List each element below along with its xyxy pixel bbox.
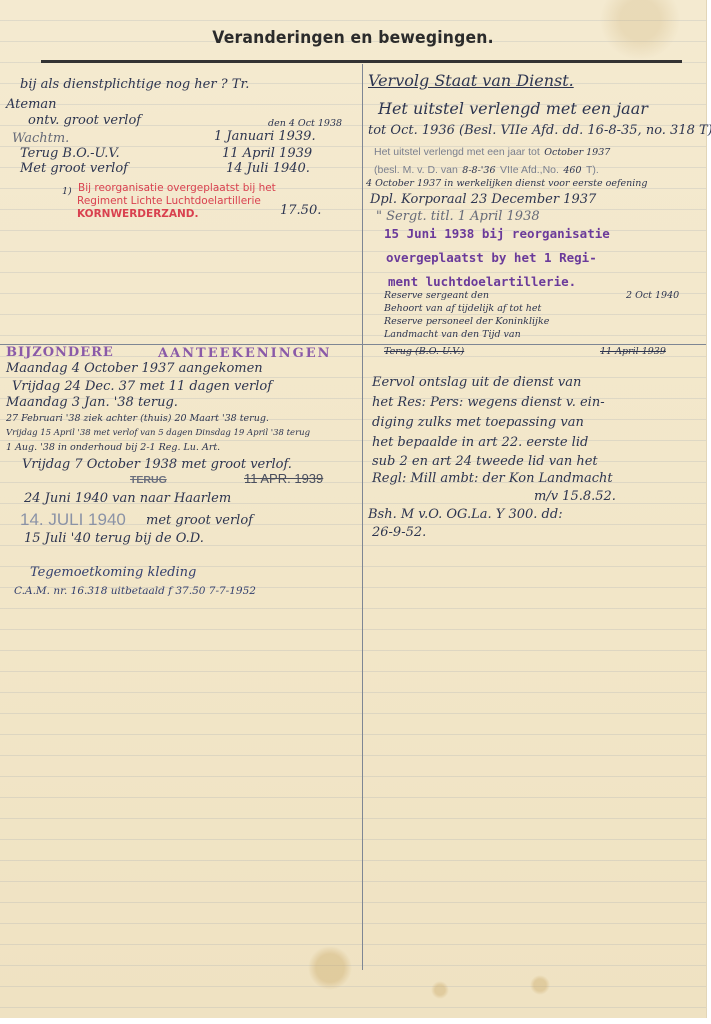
handwritten-line: Maandag 3 Jan. '38 terug. bbox=[6, 396, 178, 410]
handwritten-line: Reserve personeel der Koninklijke bbox=[384, 316, 549, 327]
handwritten-date: 1 Januari 1939. bbox=[214, 130, 316, 144]
red-stamp-line: Regiment Lichte Luchtdoelartillerie bbox=[77, 195, 261, 207]
handwritten-line: Terug B.O.-U.V. bbox=[20, 147, 120, 161]
handwritten-date: 14 Juli 1940. bbox=[226, 162, 310, 176]
title-rule bbox=[41, 60, 682, 63]
handwritten-line: 1 Aug. '38 in onderhoud bij 2-1 Reg. Lu.… bbox=[6, 442, 220, 453]
struck-date-stamp: 11 APR. 1939 bbox=[244, 471, 323, 486]
handwritten-line: met groot verlof bbox=[146, 514, 253, 528]
purple-stamp-line: 15 Juni 1938 bij reorganisatie bbox=[384, 226, 610, 241]
handwritten-line: 26-9-52. bbox=[372, 526, 426, 540]
handwritten-line: tot Oct. 1936 (Besl. VIIe Afd. dd. 16-8-… bbox=[368, 124, 711, 138]
handwritten-line: Tegemoetkoming kleding bbox=[30, 566, 196, 580]
handwritten-line: Vrijdag 7 October 1938 met groot verlof. bbox=[22, 458, 292, 472]
handwritten-line: Vrijdag 24 Dec. 37 met 11 dagen verlof bbox=[12, 380, 272, 394]
handwritten-line: m/v 15.8.52. bbox=[534, 490, 616, 504]
handwritten-line: diging zulks met toepassing van bbox=[372, 416, 584, 430]
section-heading: Vervolg Staat van Dienst. bbox=[368, 72, 574, 90]
handwritten-line: het bepaalde in art 22. eerste lid bbox=[372, 436, 588, 450]
handwritten-line: Landmacht van den Tijd van bbox=[384, 329, 521, 340]
handwritten-line: Eervol ontslag uit de dienst van bbox=[372, 376, 581, 390]
purple-stamp-line: ment luchtdoelartillerie. bbox=[388, 274, 576, 289]
handwritten-line: Maandag 4 October 1937 aangekomen bbox=[6, 362, 263, 376]
handwritten-line: het Res: Pers: wegens dienst v. ein- bbox=[372, 396, 605, 410]
handwritten-line: C.A.M. nr. 16.318 uitbetaald f 37.50 7-7… bbox=[14, 586, 256, 597]
handwritten-line: Ateman bbox=[6, 98, 57, 112]
handwritten-line: " Sergt. titl. 1 April 1938 bbox=[376, 210, 540, 224]
document-page: Veranderingen en bewegingen. bij als die… bbox=[0, 0, 707, 1018]
handwritten-line: Behoort van af tijdelijk af tot het bbox=[384, 303, 541, 314]
stamp-note: 17.50. bbox=[280, 204, 321, 218]
handwritten-line: sub 2 en art 24 tweede lid van het bbox=[372, 455, 598, 469]
handwritten-date: 2 Oct 1940 bbox=[626, 290, 679, 301]
handwritten-line: 24 Juni 1940 van naar Haarlem bbox=[24, 492, 231, 506]
handwritten-line: Wachtm. bbox=[12, 132, 69, 146]
handwritten-line: Bsh. M v.O. OG.La. Y 300. dd: bbox=[368, 508, 563, 522]
notes-header-1: BIJZONDERE bbox=[6, 345, 114, 360]
printed-line: (besl. M. v. D. van 8-8-'36 VIIe Afd.,No… bbox=[374, 160, 599, 178]
handwritten-line: Het uitstel verlengd met een jaar bbox=[378, 100, 648, 118]
handwritten-date: den 4 Oct 1938 bbox=[268, 118, 342, 129]
handwritten-line: 27 Februari '38 ziek achter (thuis) 20 M… bbox=[6, 413, 269, 424]
handwritten-date: 11 April 1939 bbox=[222, 147, 312, 161]
notes-header-2: AANTEEKENINGEN bbox=[158, 346, 332, 361]
red-stamp-line: Bij reorganisatie overgeplaatst bij het bbox=[78, 182, 276, 194]
handwritten-line: Regl: Mill ambt: der Kon Landmacht bbox=[372, 472, 613, 486]
struck-terug-stamp: TERUG bbox=[130, 474, 167, 486]
struck-line: Terug (B.O.-U.V.) bbox=[384, 346, 464, 357]
page-title: Veranderingen en bewegingen. bbox=[28, 28, 678, 48]
handwritten-line: ontv. groot verlof bbox=[28, 114, 141, 128]
struck-date: 11 April 1939 bbox=[600, 346, 666, 357]
printed-line: Het uitstel verlengd met een jaar tot Oc… bbox=[374, 142, 610, 160]
column-divider bbox=[362, 64, 363, 970]
purple-stamp-line: overgeplaatst by het 1 Regi- bbox=[386, 250, 597, 265]
handwritten-line: Reserve sergeant den bbox=[384, 290, 489, 301]
handwritten-line: Dpl. Korporaal 23 December 1937 bbox=[370, 193, 596, 207]
handwritten-line: 15 Juli '40 terug bij de O.D. bbox=[24, 532, 204, 546]
handwritten-line: Vrijdag 15 April '38 met verlof van 5 da… bbox=[6, 428, 310, 439]
date-stamp: 14. JULI 1940 bbox=[20, 510, 126, 530]
red-stamp-line: KORNWERDERZAND. bbox=[77, 208, 199, 220]
handwritten-line: Met groot verlof bbox=[20, 162, 128, 176]
handwritten-line: bij als dienstplichtige nog her ? Tr. bbox=[20, 78, 249, 92]
handwritten-line: 4 October 1937 in werkelijken dienst voo… bbox=[366, 178, 647, 189]
stamp-marker: 1) bbox=[62, 186, 72, 197]
